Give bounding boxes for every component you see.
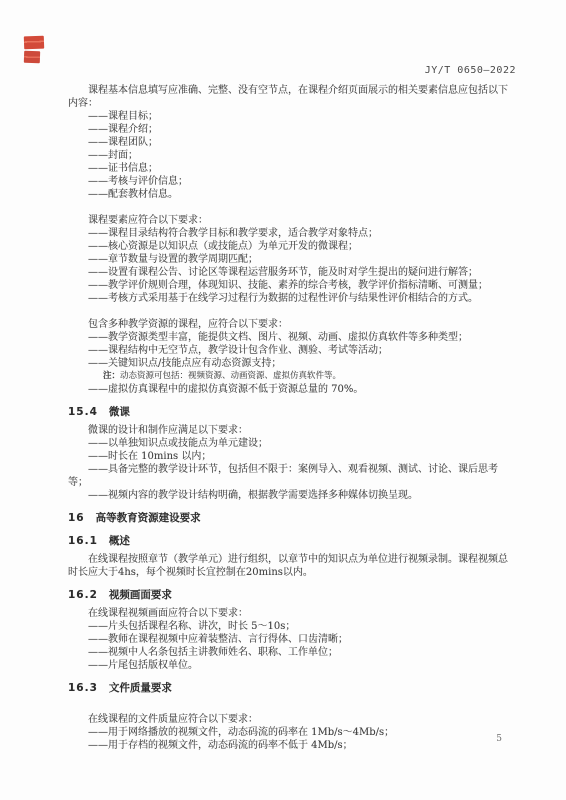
list-item: ——以单独知识点或技能点为单元建设； xyxy=(68,437,516,450)
section-title: 视频画面要求 xyxy=(109,589,172,601)
section-title: 高等教育资源建设要求 xyxy=(96,512,201,524)
list-item: ——片头包括课程名称、讲次，时长 5～10s； xyxy=(68,620,516,633)
red-stamp-icon xyxy=(24,36,44,50)
list-item: ——用于网络播放的视频文件，动态码流的码率在 1Mb/s～4Mb/s； xyxy=(68,726,516,739)
list-item: ——关键知识点/技能点应有动态资源支持； xyxy=(68,357,516,370)
note-text: 动态资源可包括：视频资源、动画资源、虚拟仿真软件等。 xyxy=(120,371,341,381)
paragraph: 包含多种教学资源的课程，应符合以下要求： xyxy=(68,318,516,331)
list-item: ——配套教材信息。 xyxy=(68,188,516,201)
list-item: ——证书信息； xyxy=(68,162,516,175)
section-number: 16 xyxy=(68,512,85,524)
blank-line xyxy=(68,305,516,318)
list-item: ——用于存档的视频文件，动态码流的码率不低于 4Mb/s； xyxy=(68,739,516,752)
list-item: ——具备完整的教学设计环节，包括但不限于：案例导入、观看视频、测试、讨论、课后思… xyxy=(68,463,516,489)
section-number: 16.2 xyxy=(68,589,98,601)
list-item: ——封面； xyxy=(68,149,516,162)
list-item: ——核心资源是以知识点（或技能点）为单元开发的微课程； xyxy=(68,240,516,253)
page-number: 5 xyxy=(496,734,502,744)
section-title: 文件质量要求 xyxy=(109,682,172,694)
section-title: 概述 xyxy=(109,535,130,547)
list-item: ——设置有课程公告、讨论区等课程运营服务环节，能及时对学生提出的疑问进行解答； xyxy=(68,266,516,279)
list-item: ——片尾包括版权单位。 xyxy=(68,659,516,672)
section-heading: 16.2视频画面要求 xyxy=(68,589,516,602)
list-item: ——考核与评价信息； xyxy=(68,175,516,188)
section-number: 15.4 xyxy=(68,406,98,418)
list-item: ——教学资源类型丰富，能提供文档、图片、视频、动画、虚拟仿真软件等多种类型； xyxy=(68,331,516,344)
blank-line xyxy=(68,700,516,713)
paragraph: 在线课程的文件质量应符合以下要求： xyxy=(68,713,516,726)
list-item: ——课程目标； xyxy=(68,110,516,123)
list-item: ——视频内容的教学设计结构明确，根据教学需要选择多种媒体切换呈现。 xyxy=(68,489,516,502)
section-heading: 16高等教育资源建设要求 xyxy=(68,512,516,525)
note-label: 注： xyxy=(103,371,120,381)
section-title: 微课 xyxy=(109,406,130,418)
blank-line xyxy=(68,201,516,214)
list-item: ——课程目录结构符合教学目标和教学要求，适合教学对象特点； xyxy=(68,227,516,240)
list-item: ——课程介绍； xyxy=(68,123,516,136)
list-item: ——课程结构中无空节点，教学设计包含作业、测验、考试等活动； xyxy=(68,344,516,357)
section-heading: 16.3文件质量要求 xyxy=(68,682,516,695)
list-item: ——章节数量与设置的教学周期匹配； xyxy=(68,253,516,266)
paragraph: 在线课程视频画面应符合以下要求： xyxy=(68,607,516,620)
list-item: ——课程团队； xyxy=(68,136,516,149)
list-item: ——考核方式采用基于在线学习过程行为数据的过程性评价与结果性评价相结合的方式。 xyxy=(68,292,516,305)
note-line: 注：动态资源可包括：视频资源、动画资源、虚拟仿真软件等。 xyxy=(68,370,516,383)
document-body: 课程基本信息填写应准确、完整、没有空节点，在课程介绍页面展示的相关要素信息应包括… xyxy=(68,84,516,752)
paragraph: 课程基本信息填写应准确、完整、没有空节点，在课程介绍页面展示的相关要素信息应包括… xyxy=(68,84,516,110)
section-heading: 16.1概述 xyxy=(68,535,516,548)
list-item: ——虚拟仿真课程中的虚拟仿真资源不低于资源总量的 70%。 xyxy=(68,383,516,396)
standard-number-header: JY/T 0650—2022 xyxy=(425,65,516,76)
scanned-document-page: JY/T 0650—2022 课程基本信息填写应准确、完整、没有空节点，在课程介… xyxy=(0,0,566,800)
paragraph: 微课的设计和制作应满足以下要求： xyxy=(68,424,516,437)
section-number: 16.1 xyxy=(68,535,98,547)
paragraph: 课程要素应符合以下要求： xyxy=(68,214,516,227)
list-item: ——视频中人名条包括主讲教师姓名、职称、工作单位； xyxy=(68,646,516,659)
paragraph: 在线课程按照章节（教学单元）进行组织，以章节中的知识点为单位进行视频录制。课程视… xyxy=(68,553,516,579)
list-item: ——教师在课程视频中应着装整洁、言行得体、口齿清晰； xyxy=(68,633,516,646)
section-number: 16.3 xyxy=(68,682,98,694)
list-item: ——教学评价规则合理，体现知识、技能、素养的综合考核，教学评价指标清晰、可测量； xyxy=(68,279,516,292)
list-item: ——时长在 10mins 以内； xyxy=(68,450,516,463)
section-heading: 15.4微课 xyxy=(68,406,516,419)
red-stamp-icon xyxy=(24,51,40,64)
